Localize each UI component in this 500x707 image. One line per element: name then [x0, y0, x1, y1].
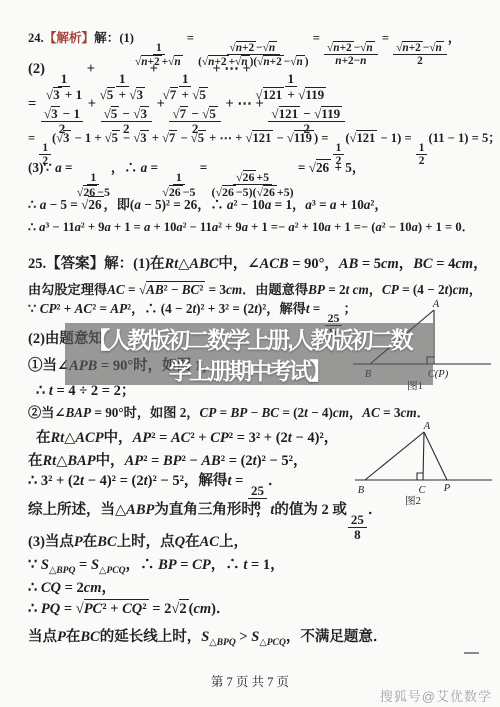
- formula-line-25-1: 25.【答案】解：(1)在Rt△ABC中，∠ACB = 90°，AB = 5cm…: [28, 255, 496, 273]
- formula-line-25-2: 由勾股定理得AC = √AB² − BC² = 3cm．由题意得BP = 2t …: [28, 281, 496, 299]
- fig2-label-b: B: [358, 485, 365, 496]
- fig2-caption: 图2: [405, 495, 421, 507]
- watermark-text: 搜狐号@艾优数学: [380, 686, 492, 705]
- formula-line-25-c1: (3)当点P在BC上时，点Q在AC上，: [28, 533, 496, 551]
- figure-2-triangle: A B C P 图2: [335, 418, 500, 510]
- formula-line-25-c4: ∴ PQ = √PC² + CQ² = 2√2(cm)．: [28, 599, 496, 618]
- formula-line-25-c5: 当点P在BC的延长线上时，S△BPQ > S△PCQ，不满足题意．: [28, 628, 496, 649]
- formula-line-24-3a: (3)∵ a = 1√26−5，∴ a = 1√26−5 = √26+5(√26…: [28, 159, 496, 199]
- promo-overlay-banner: 【人教版初二数学上册,人教版初二数 学上册期中考试】: [65, 323, 433, 385]
- formula-line-24-3c: ∴ a³ − 11a² + 9a + 1 = a + 10a² − 11a² +…: [28, 220, 496, 236]
- fig2-label-a: A: [423, 421, 431, 432]
- formula-line-24-3b: ∴ a − 5 = √26，即(a − 5)² = 26，∴ a² − 10a …: [28, 196, 496, 214]
- fig2-label-p: P: [443, 483, 451, 494]
- formula-line-25-c2: ∵ S△BPQ = S△PCQ，∴ BP = CP，∴ t = 1，: [28, 556, 496, 577]
- fig1-label-a: A: [432, 299, 440, 310]
- document-page: 24.【解析】解：(1)1√n+2+√n = √n+2−√n(√n+2+√n)(…: [0, 0, 500, 707]
- formula-line-25-c3: ∴ CQ = 2cm，: [28, 579, 496, 597]
- promo-banner-line2: 学上册期中考试】: [65, 354, 433, 385]
- promo-banner-line1: 【人教版初二数学上册,人教版初二数: [65, 323, 433, 354]
- stray-scan-mark: [464, 652, 479, 654]
- fig2-label-c: C: [418, 485, 426, 496]
